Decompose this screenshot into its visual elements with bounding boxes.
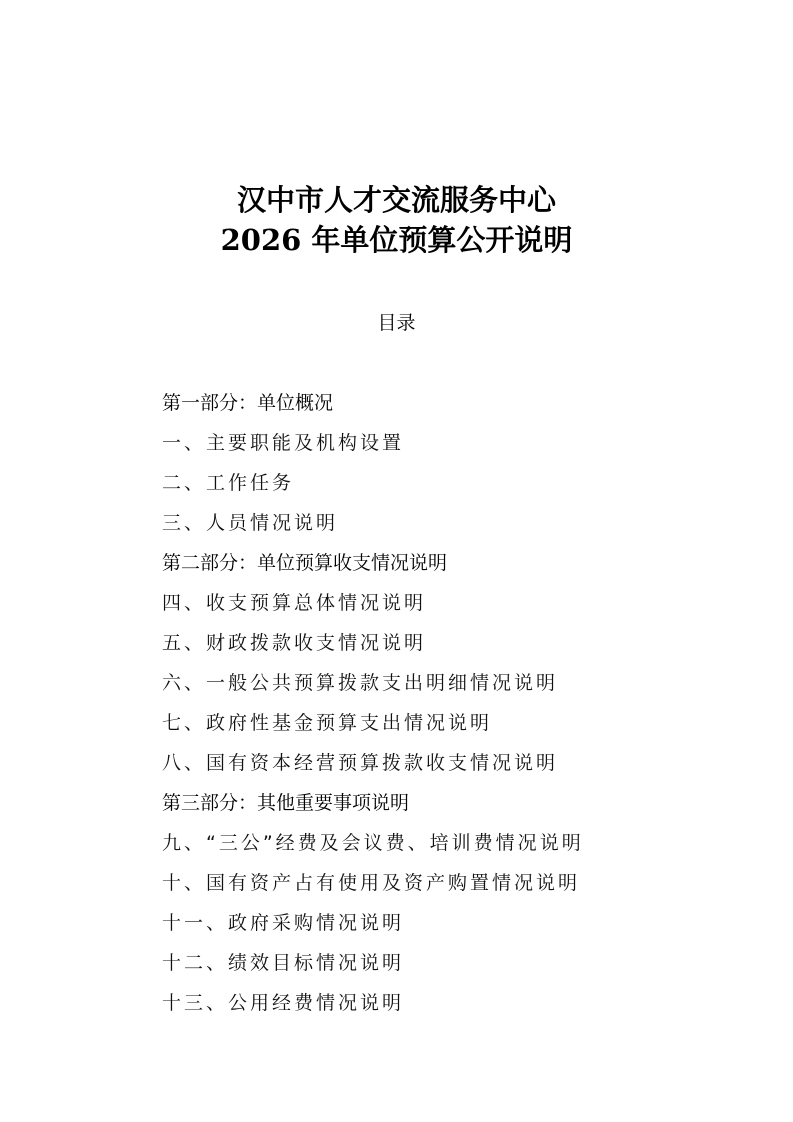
- document-title-line2: 2026 年单位预算公开说明: [0, 222, 793, 258]
- toc-item-5: 五、财政拨款收支情况说明: [162, 628, 722, 668]
- document-title-line1: 汉中市人才交流服务中心: [0, 182, 793, 218]
- toc-item-13: 十三、公用经费情况说明: [162, 988, 722, 1028]
- toc-item-9: 九、“三公”经费及会议费、培训费情况说明: [162, 828, 722, 868]
- document-page: 汉中市人才交流服务中心 2026 年单位预算公开说明 目录 第一部分：单位概况 …: [0, 0, 793, 1122]
- toc-part-1: 第一部分：单位概况: [162, 388, 722, 428]
- toc-item-4: 四、收支预算总体情况说明: [162, 588, 722, 628]
- toc-item-6: 六、一般公共预算拨款支出明细情况说明: [162, 668, 722, 708]
- toc-item-11: 十一、政府采购情况说明: [162, 908, 722, 948]
- toc-item-2: 二、工作任务: [162, 468, 722, 508]
- toc-part-3: 第三部分：其他重要事项说明: [162, 788, 722, 828]
- toc-item-1: 一、主要职能及机构设置: [162, 428, 722, 468]
- toc-item-10: 十、国有资产占有使用及资产购置情况说明: [162, 868, 722, 908]
- toc-item-7: 七、政府性基金预算支出情况说明: [162, 708, 722, 748]
- toc-item-3: 三、人员情况说明: [162, 508, 722, 548]
- table-of-contents: 第一部分：单位概况 一、主要职能及机构设置 二、工作任务 三、人员情况说明 第二…: [162, 388, 722, 1028]
- toc-item-8: 八、国有资本经营预算拨款收支情况说明: [162, 748, 722, 788]
- toc-item-12: 十二、绩效目标情况说明: [162, 948, 722, 988]
- toc-heading: 目录: [0, 310, 793, 336]
- toc-part-2: 第二部分：单位预算收支情况说明: [162, 548, 722, 588]
